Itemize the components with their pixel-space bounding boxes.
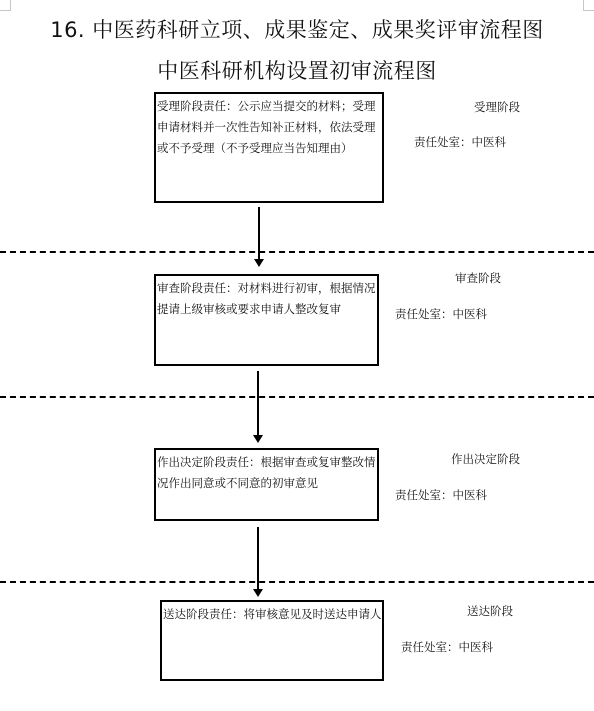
arrow-shaft <box>257 371 259 436</box>
delivery-office-label: 责任处室：中医科 <box>401 639 493 655</box>
delivery-stage-label: 送达阶段 <box>467 603 513 619</box>
arrow-head-icon <box>254 259 264 267</box>
delivery-stage-box: 送达阶段责任：将审核意见及时送达申请人 <box>160 600 384 681</box>
review-office-label: 责任处室：中医科 <box>395 306 487 322</box>
decision-stage-label: 作出决定阶段 <box>451 451 520 467</box>
stage-divider-1 <box>0 251 594 253</box>
delivery-stage-text: 送达阶段责任：将审核意见及时送达申请人 <box>163 607 382 621</box>
stage-divider-2 <box>0 396 594 398</box>
page-corner-mark-right <box>583 0 594 11</box>
flow-arrow-3 <box>253 527 263 597</box>
decision-office-label: 责任处室：中医科 <box>395 487 487 503</box>
review-stage-label: 审查阶段 <box>455 270 501 286</box>
arrow-head-icon <box>253 435 263 443</box>
document-title: 16. 中医药科研立项、成果鉴定、成果奖评审流程图 <box>0 14 594 44</box>
flow-arrow-2 <box>253 371 263 443</box>
review-stage-text: 审查阶段责任：对材料进行初审，根据情况提请上级审核或要求申请人整改复审 <box>157 281 376 316</box>
decision-stage-box: 作出决定阶段责任：根据审查或复审整改情况作出同意或不同意的初审意见 <box>154 448 379 521</box>
document-subtitle: 中医科研机构设置初审流程图 <box>0 55 594 85</box>
review-stage-box: 审查阶段责任：对材料进行初审，根据情况提请上级审核或要求申请人整改复审 <box>154 274 379 366</box>
flow-arrow-1 <box>254 207 264 267</box>
arrow-head-icon <box>253 589 263 597</box>
decision-stage-text: 作出决定阶段责任：根据审查或复审整改情况作出同意或不同意的初审意见 <box>157 455 376 490</box>
acceptance-office-label: 责任处室：中医科 <box>414 134 506 150</box>
acceptance-stage-box: 受理阶段责任：公示应当提交的材料；受理申请材料并一次性告知补正材料，依法受理或不… <box>154 92 384 203</box>
page-corner-mark-left <box>0 0 11 11</box>
stage-divider-3 <box>0 581 594 583</box>
acceptance-stage-label: 受理阶段 <box>474 99 520 115</box>
acceptance-stage-text: 受理阶段责任：公示应当提交的材料；受理申请材料并一次性告知补正材料，依法受理或不… <box>157 99 376 155</box>
